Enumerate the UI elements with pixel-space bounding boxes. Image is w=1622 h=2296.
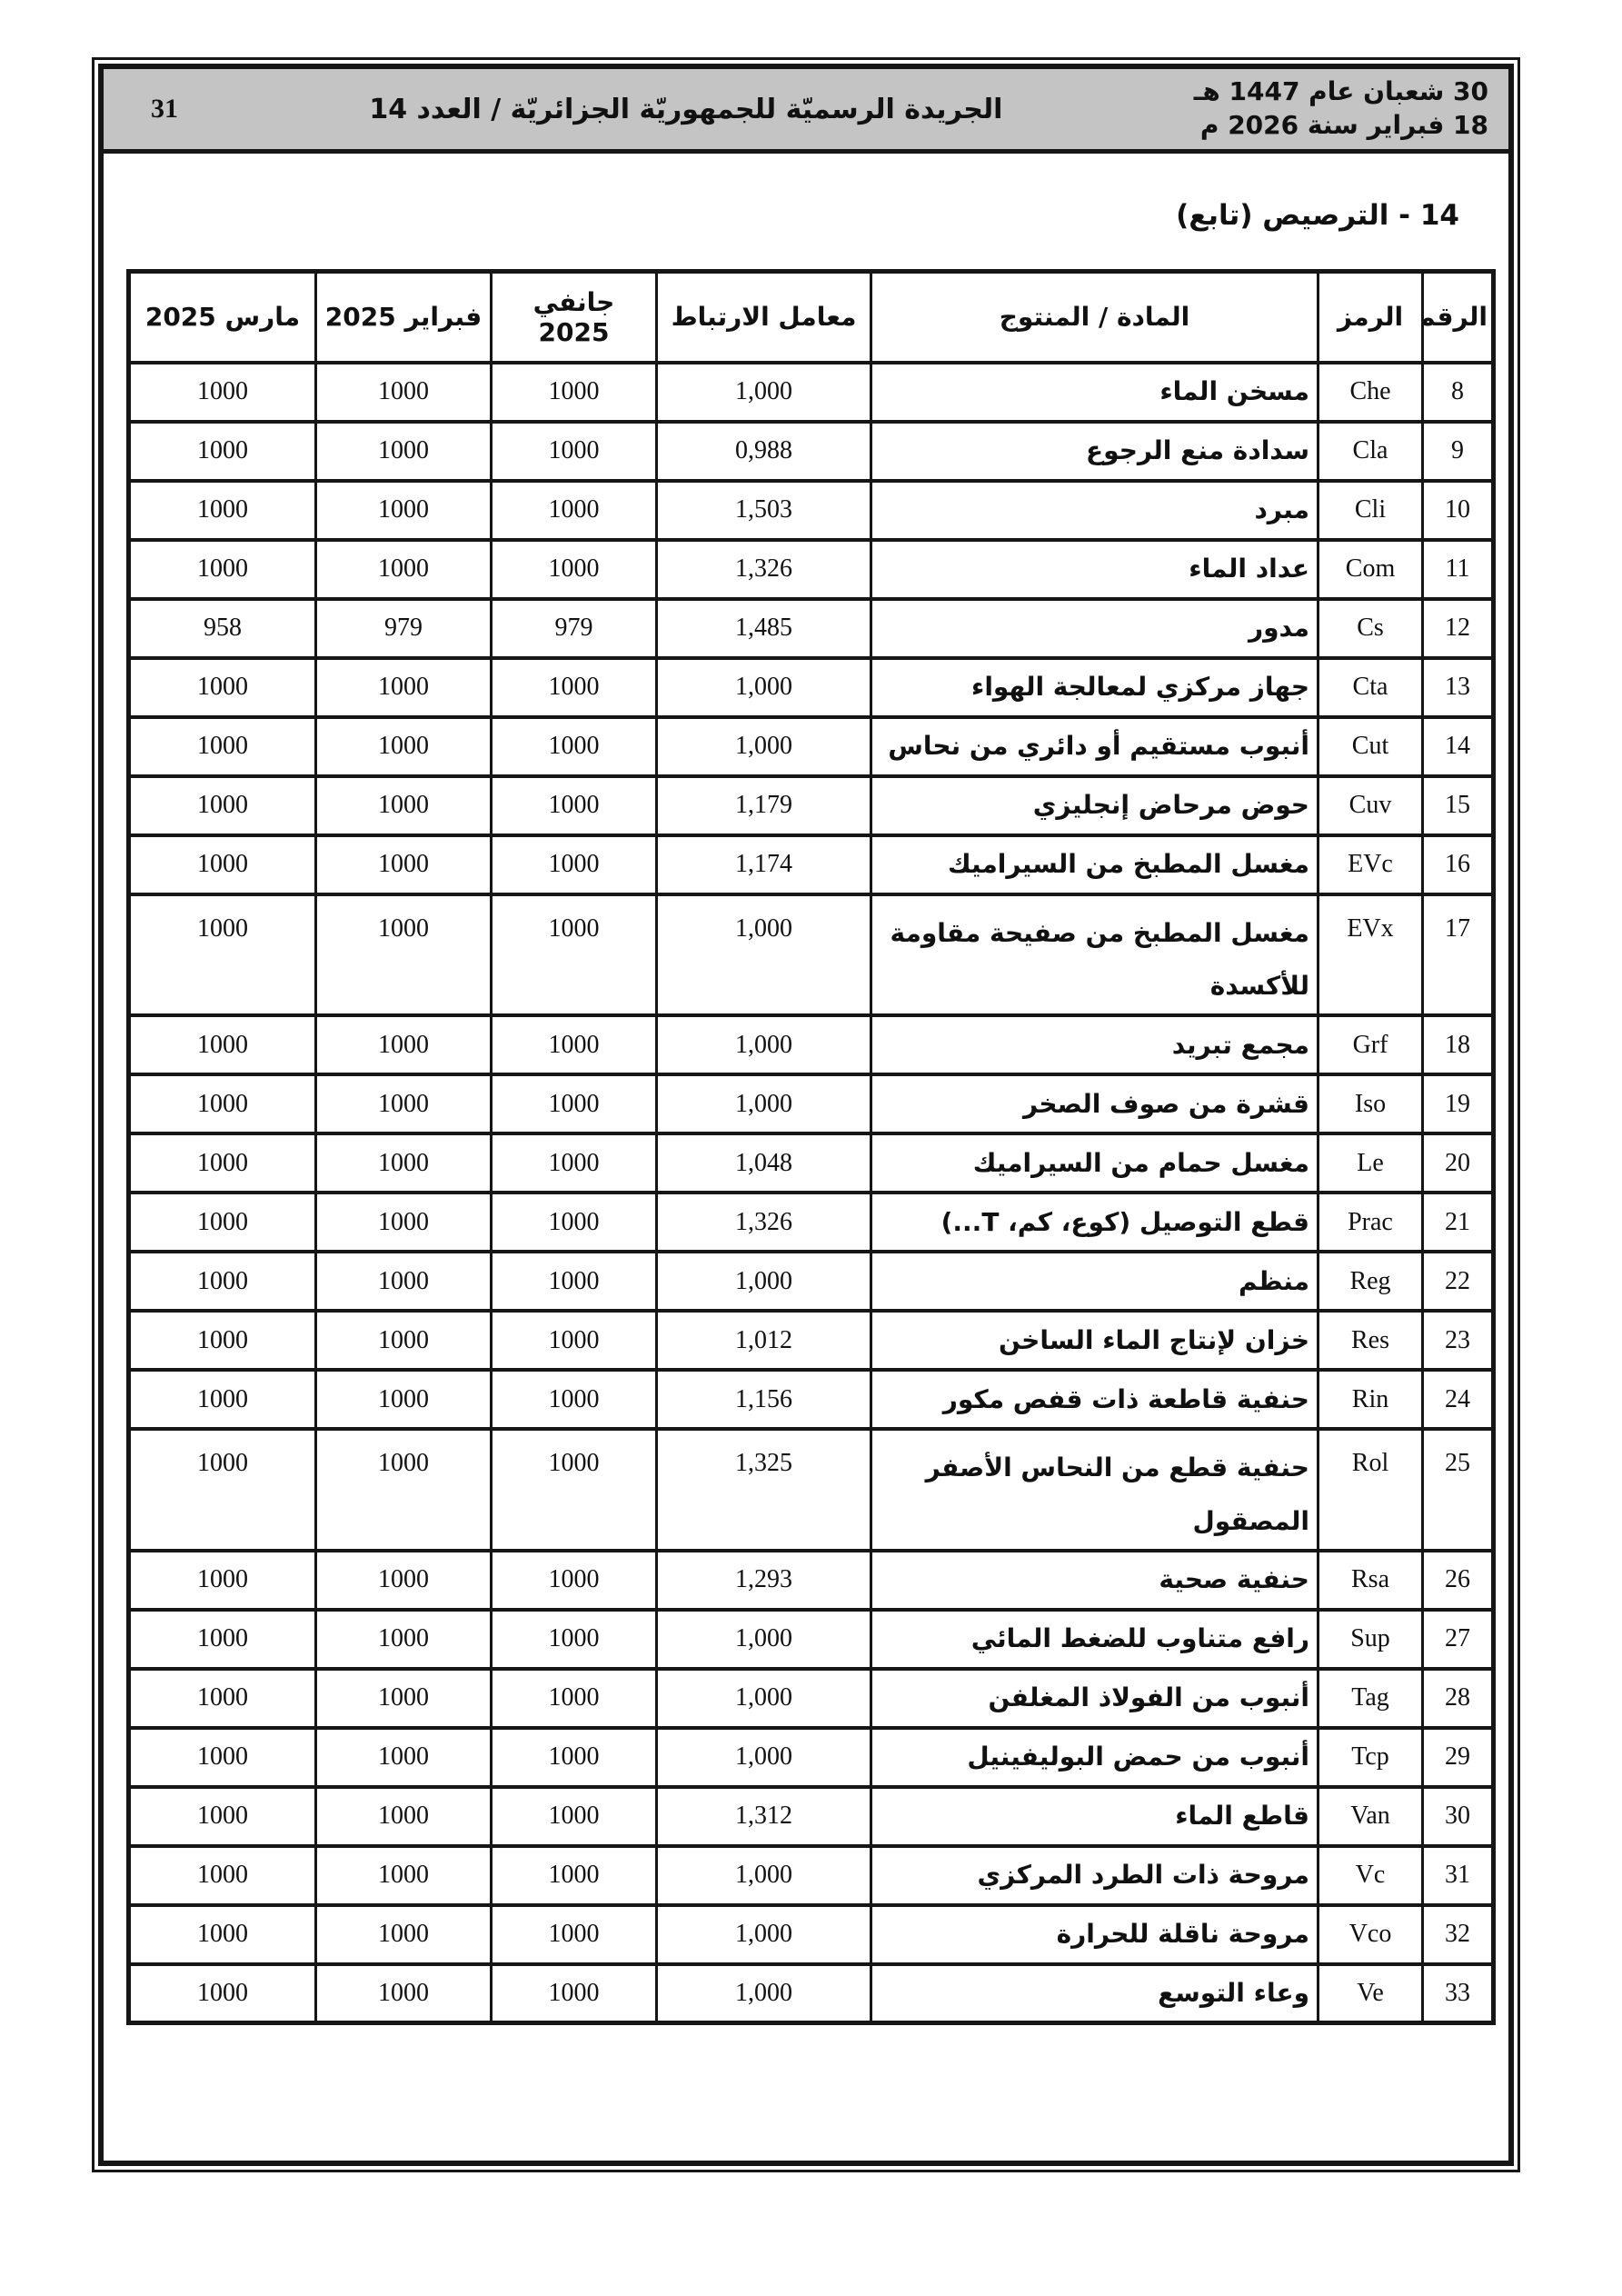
cell-code: Grf bbox=[1318, 1015, 1423, 1074]
cell-jan-2025: 1000 bbox=[492, 1964, 657, 2023]
cell-code: Reg bbox=[1318, 1252, 1423, 1311]
cell-feb-2025: 1000 bbox=[316, 1429, 492, 1551]
cell-mar-2025: 1000 bbox=[129, 1193, 316, 1252]
table-row: 19Isoقشرة من صوف الصخر1,000100010001000 bbox=[129, 1074, 1494, 1133]
cell-feb-2025: 1000 bbox=[316, 1193, 492, 1252]
table-row: 11Comعداد الماء1,326100010001000 bbox=[129, 540, 1494, 599]
cell-product: خزان لإنتاج الماء الساخن bbox=[871, 1311, 1318, 1370]
cell-mar-2025: 1000 bbox=[129, 1074, 316, 1133]
cell-coefficient: 0,988 bbox=[657, 422, 871, 481]
column-header-4: جانفي 2025 bbox=[492, 272, 657, 363]
cell-code: Cs bbox=[1318, 599, 1423, 658]
cell-coefficient: 1,000 bbox=[657, 363, 871, 422]
cell-jan-2025: 1000 bbox=[492, 1015, 657, 1074]
cell-coefficient: 1,325 bbox=[657, 1429, 871, 1551]
section-title: 14 - الترصيص (تابع) bbox=[104, 195, 1508, 236]
price-coefficients-table: الرقمالرمزالمادة / المنتوجمعامل الارتباط… bbox=[126, 269, 1496, 2025]
cell-product: مجمع تبريد bbox=[871, 1015, 1318, 1074]
cell-coefficient: 1,000 bbox=[657, 1015, 871, 1074]
cell-feb-2025: 1000 bbox=[316, 1252, 492, 1311]
table-body: 8Cheمسخن الماء1,0001000100010009Claسدادة… bbox=[129, 363, 1494, 2023]
table-row: 8Cheمسخن الماء1,000100010001000 bbox=[129, 363, 1494, 422]
table-header-row: الرقمالرمزالمادة / المنتوجمعامل الارتباط… bbox=[129, 272, 1494, 363]
cell-product: مغسل حمام من السيراميك bbox=[871, 1133, 1318, 1193]
cell-mar-2025: 1000 bbox=[129, 1846, 316, 1905]
cell-feb-2025: 1000 bbox=[316, 422, 492, 481]
cell-coefficient: 1,000 bbox=[657, 1669, 871, 1728]
cell-feb-2025: 1000 bbox=[316, 1311, 492, 1370]
cell-number: 11 bbox=[1423, 540, 1494, 599]
page-number: 31 bbox=[104, 94, 178, 125]
cell-mar-2025: 1000 bbox=[129, 422, 316, 481]
cell-product: قشرة من صوف الصخر bbox=[871, 1074, 1318, 1133]
table-row: 32Vcoمروحة ناقلة للحرارة1,00010001000100… bbox=[129, 1905, 1494, 1964]
cell-code: Res bbox=[1318, 1311, 1423, 1370]
cell-number: 8 bbox=[1423, 363, 1494, 422]
cell-mar-2025: 1000 bbox=[129, 1429, 316, 1551]
cell-product: مغسل المطبخ من السيراميك bbox=[871, 835, 1318, 894]
page-border-outer: 30 شعبان عام 1447 هـ 18 فبراير سنة 2026 … bbox=[92, 57, 1520, 2172]
table-row: 15Cuvحوض مرحاض إنجليزي1,179100010001000 bbox=[129, 776, 1494, 835]
cell-product: قاطع الماء bbox=[871, 1787, 1318, 1846]
cell-number: 10 bbox=[1423, 481, 1494, 540]
cell-number: 14 bbox=[1423, 717, 1494, 776]
cell-mar-2025: 1000 bbox=[129, 1370, 316, 1429]
table-row: 9Claسدادة منع الرجوع0,988100010001000 bbox=[129, 422, 1494, 481]
table-row: 33Veوعاء التوسع1,000100010001000 bbox=[129, 1964, 1494, 2023]
cell-jan-2025: 1000 bbox=[492, 1370, 657, 1429]
cell-code: Rol bbox=[1318, 1429, 1423, 1551]
cell-jan-2025: 1000 bbox=[492, 363, 657, 422]
cell-feb-2025: 1000 bbox=[316, 776, 492, 835]
table-row: 22Regمنظم1,000100010001000 bbox=[129, 1252, 1494, 1311]
cell-product: رافع متناوب للضغط المائي bbox=[871, 1610, 1318, 1669]
column-header-2: المادة / المنتوج bbox=[871, 272, 1318, 363]
cell-jan-2025: 1000 bbox=[492, 835, 657, 894]
cell-code: Rin bbox=[1318, 1370, 1423, 1429]
cell-coefficient: 1,485 bbox=[657, 599, 871, 658]
cell-code: Iso bbox=[1318, 1074, 1423, 1133]
cell-code: Cut bbox=[1318, 717, 1423, 776]
table-row: 26Rsaحنفية صحية1,293100010001000 bbox=[129, 1551, 1494, 1610]
cell-product: قطع التوصيل (كوع، كم، T...) bbox=[871, 1193, 1318, 1252]
cell-jan-2025: 979 bbox=[492, 599, 657, 658]
cell-product: وعاء التوسع bbox=[871, 1964, 1318, 2023]
cell-number: 22 bbox=[1423, 1252, 1494, 1311]
cell-code: Sup bbox=[1318, 1610, 1423, 1669]
table-row: 30Vanقاطع الماء1,312100010001000 bbox=[129, 1787, 1494, 1846]
cell-coefficient: 1,000 bbox=[657, 1074, 871, 1133]
cell-feb-2025: 1000 bbox=[316, 1669, 492, 1728]
cell-jan-2025: 1000 bbox=[492, 1787, 657, 1846]
table-row: 29Tcpأنبوب من حمض البوليفينيل1,000100010… bbox=[129, 1728, 1494, 1787]
cell-number: 29 bbox=[1423, 1728, 1494, 1787]
cell-jan-2025: 1000 bbox=[492, 1429, 657, 1551]
cell-code: Vco bbox=[1318, 1905, 1423, 1964]
cell-feb-2025: 1000 bbox=[316, 835, 492, 894]
cell-number: 26 bbox=[1423, 1551, 1494, 1610]
cell-coefficient: 1,326 bbox=[657, 1193, 871, 1252]
cell-coefficient: 1,503 bbox=[657, 481, 871, 540]
cell-number: 16 bbox=[1423, 835, 1494, 894]
cell-feb-2025: 1000 bbox=[316, 1846, 492, 1905]
cell-jan-2025: 1000 bbox=[492, 1905, 657, 1964]
cell-mar-2025: 1000 bbox=[129, 1669, 316, 1728]
hijri-date: 30 شعبان عام 1447 هـ bbox=[1194, 75, 1488, 109]
cell-mar-2025: 1000 bbox=[129, 1311, 316, 1370]
cell-product: منظم bbox=[871, 1252, 1318, 1311]
cell-jan-2025: 1000 bbox=[492, 1193, 657, 1252]
cell-code: Cta bbox=[1318, 658, 1423, 717]
table-row: 24Rinحنفية قاطعة ذات قفص مكور1,156100010… bbox=[129, 1370, 1494, 1429]
cell-jan-2025: 1000 bbox=[492, 1074, 657, 1133]
cell-coefficient: 1,000 bbox=[657, 1728, 871, 1787]
gregorian-date: 18 فبراير سنة 2026 م bbox=[1194, 109, 1488, 143]
cell-jan-2025: 1000 bbox=[492, 658, 657, 717]
page-border-inner: 30 شعبان عام 1447 هـ 18 فبراير سنة 2026 … bbox=[98, 64, 1514, 2166]
table-row: 21Pracقطع التوصيل (كوع، كم، T...)1,32610… bbox=[129, 1193, 1494, 1252]
cell-product: مروحة ناقلة للحرارة bbox=[871, 1905, 1318, 1964]
cell-jan-2025: 1000 bbox=[492, 540, 657, 599]
cell-coefficient: 1,000 bbox=[657, 658, 871, 717]
table-row: 14Cutأنبوب مستقيم أو دائري من نحاس1,0001… bbox=[129, 717, 1494, 776]
column-header-0: الرقم bbox=[1423, 272, 1494, 363]
cell-jan-2025: 1000 bbox=[492, 1551, 657, 1610]
table-row: 16EVcمغسل المطبخ من السيراميك1,174100010… bbox=[129, 835, 1494, 894]
table-row: 23Resخزان لإنتاج الماء الساخن1,012100010… bbox=[129, 1311, 1494, 1370]
cell-feb-2025: 1000 bbox=[316, 1015, 492, 1074]
cell-mar-2025: 1000 bbox=[129, 1133, 316, 1193]
cell-code: Che bbox=[1318, 363, 1423, 422]
cell-mar-2025: 958 bbox=[129, 599, 316, 658]
issue-dates: 30 شعبان عام 1447 هـ 18 فبراير سنة 2026 … bbox=[1194, 75, 1508, 143]
cell-mar-2025: 1000 bbox=[129, 540, 316, 599]
cell-number: 28 bbox=[1423, 1669, 1494, 1728]
cell-mar-2025: 1000 bbox=[129, 1610, 316, 1669]
cell-coefficient: 1,000 bbox=[657, 894, 871, 1016]
cell-code: Com bbox=[1318, 540, 1423, 599]
cell-mar-2025: 1000 bbox=[129, 776, 316, 835]
cell-number: 15 bbox=[1423, 776, 1494, 835]
cell-coefficient: 1,000 bbox=[657, 1846, 871, 1905]
cell-mar-2025: 1000 bbox=[129, 717, 316, 776]
cell-code: Le bbox=[1318, 1133, 1423, 1193]
cell-product: عداد الماء bbox=[871, 540, 1318, 599]
cell-number: 23 bbox=[1423, 1311, 1494, 1370]
cell-feb-2025: 979 bbox=[316, 599, 492, 658]
table-row: 13Ctaجهاز مركزي لمعالجة الهواء1,00010001… bbox=[129, 658, 1494, 717]
cell-mar-2025: 1000 bbox=[129, 363, 316, 422]
cell-code: Tcp bbox=[1318, 1728, 1423, 1787]
cell-code: Cli bbox=[1318, 481, 1423, 540]
cell-feb-2025: 1000 bbox=[316, 1728, 492, 1787]
cell-jan-2025: 1000 bbox=[492, 1133, 657, 1193]
cell-feb-2025: 1000 bbox=[316, 894, 492, 1016]
cell-number: 33 bbox=[1423, 1964, 1494, 2023]
cell-number: 25 bbox=[1423, 1429, 1494, 1551]
cell-number: 18 bbox=[1423, 1015, 1494, 1074]
cell-mar-2025: 1000 bbox=[129, 1964, 316, 2023]
gazette-header-bar: 30 شعبان عام 1447 هـ 18 فبراير سنة 2026 … bbox=[104, 69, 1508, 154]
cell-coefficient: 1,000 bbox=[657, 717, 871, 776]
cell-feb-2025: 1000 bbox=[316, 1787, 492, 1846]
journal-title: الجريدة الرسميّة للجمهوريّة الجزائريّة /… bbox=[178, 94, 1194, 125]
cell-mar-2025: 1000 bbox=[129, 1787, 316, 1846]
cell-jan-2025: 1000 bbox=[492, 717, 657, 776]
cell-code: EVc bbox=[1318, 835, 1423, 894]
table-row: 17EVxمغسل المطبخ من صفيحة مقاومة للأكسدة… bbox=[129, 894, 1494, 1016]
column-header-3: معامل الارتباط bbox=[657, 272, 871, 363]
cell-number: 30 bbox=[1423, 1787, 1494, 1846]
cell-feb-2025: 1000 bbox=[316, 481, 492, 540]
cell-product: مبرد bbox=[871, 481, 1318, 540]
table-row: 25Rolحنفية قطع من النحاس الأصفر المصقول1… bbox=[129, 1429, 1494, 1551]
cell-jan-2025: 1000 bbox=[492, 776, 657, 835]
cell-number: 19 bbox=[1423, 1074, 1494, 1133]
cell-product: مدور bbox=[871, 599, 1318, 658]
cell-product: سدادة منع الرجوع bbox=[871, 422, 1318, 481]
cell-coefficient: 1,326 bbox=[657, 540, 871, 599]
cell-feb-2025: 1000 bbox=[316, 658, 492, 717]
cell-product: أنبوب من حمض البوليفينيل bbox=[871, 1728, 1318, 1787]
cell-product: مغسل المطبخ من صفيحة مقاومة للأكسدة bbox=[871, 894, 1318, 1016]
cell-coefficient: 1,000 bbox=[657, 1252, 871, 1311]
cell-product: أنبوب مستقيم أو دائري من نحاس bbox=[871, 717, 1318, 776]
cell-jan-2025: 1000 bbox=[492, 1252, 657, 1311]
cell-product: أنبوب من الفولاذ المغلفن bbox=[871, 1669, 1318, 1728]
table-row: 12Csمدور1,485979979958 bbox=[129, 599, 1494, 658]
table-row: 28Tagأنبوب من الفولاذ المغلفن1,000100010… bbox=[129, 1669, 1494, 1728]
cell-code: Cuv bbox=[1318, 776, 1423, 835]
cell-jan-2025: 1000 bbox=[492, 1728, 657, 1787]
cell-feb-2025: 1000 bbox=[316, 1551, 492, 1610]
cell-code: EVx bbox=[1318, 894, 1423, 1016]
table-row: 20Leمغسل حمام من السيراميك1,048100010001… bbox=[129, 1133, 1494, 1193]
cell-product: مروحة ذات الطرد المركزي bbox=[871, 1846, 1318, 1905]
cell-code: Vc bbox=[1318, 1846, 1423, 1905]
cell-code: Cla bbox=[1318, 422, 1423, 481]
cell-mar-2025: 1000 bbox=[129, 1551, 316, 1610]
cell-feb-2025: 1000 bbox=[316, 1133, 492, 1193]
cell-code: Rsa bbox=[1318, 1551, 1423, 1610]
cell-product: حنفية قاطعة ذات قفص مكور bbox=[871, 1370, 1318, 1429]
cell-number: 17 bbox=[1423, 894, 1494, 1016]
column-header-1: الرمز bbox=[1318, 272, 1423, 363]
cell-number: 27 bbox=[1423, 1610, 1494, 1669]
cell-feb-2025: 1000 bbox=[316, 1905, 492, 1964]
cell-number: 12 bbox=[1423, 599, 1494, 658]
cell-product: حوض مرحاض إنجليزي bbox=[871, 776, 1318, 835]
cell-jan-2025: 1000 bbox=[492, 1846, 657, 1905]
column-header-6: مارس 2025 bbox=[129, 272, 316, 363]
table-row: 10Cliمبرد1,503100010001000 bbox=[129, 481, 1494, 540]
column-header-5: فبراير 2025 bbox=[316, 272, 492, 363]
cell-feb-2025: 1000 bbox=[316, 363, 492, 422]
gazette-page: { "page": { "number": "31" }, "header": … bbox=[0, 0, 1622, 2296]
cell-mar-2025: 1000 bbox=[129, 1728, 316, 1787]
cell-mar-2025: 1000 bbox=[129, 1905, 316, 1964]
cell-product: حنفية قطع من النحاس الأصفر المصقول bbox=[871, 1429, 1318, 1551]
cell-jan-2025: 1000 bbox=[492, 481, 657, 540]
cell-mar-2025: 1000 bbox=[129, 658, 316, 717]
table-row: 31Vcمروحة ذات الطرد المركزي1,00010001000… bbox=[129, 1846, 1494, 1905]
cell-feb-2025: 1000 bbox=[316, 540, 492, 599]
cell-coefficient: 1,000 bbox=[657, 1964, 871, 2023]
cell-product: حنفية صحية bbox=[871, 1551, 1318, 1610]
cell-number: 9 bbox=[1423, 422, 1494, 481]
cell-coefficient: 1,012 bbox=[657, 1311, 871, 1370]
cell-jan-2025: 1000 bbox=[492, 1610, 657, 1669]
cell-mar-2025: 1000 bbox=[129, 1015, 316, 1074]
cell-feb-2025: 1000 bbox=[316, 1074, 492, 1133]
cell-code: Ve bbox=[1318, 1964, 1423, 2023]
cell-number: 13 bbox=[1423, 658, 1494, 717]
cell-mar-2025: 1000 bbox=[129, 894, 316, 1016]
cell-feb-2025: 1000 bbox=[316, 1964, 492, 2023]
table-header: الرقمالرمزالمادة / المنتوجمعامل الارتباط… bbox=[129, 272, 1494, 363]
cell-number: 24 bbox=[1423, 1370, 1494, 1429]
cell-number: 20 bbox=[1423, 1133, 1494, 1193]
cell-number: 32 bbox=[1423, 1905, 1494, 1964]
cell-mar-2025: 1000 bbox=[129, 1252, 316, 1311]
cell-jan-2025: 1000 bbox=[492, 894, 657, 1016]
cell-coefficient: 1,000 bbox=[657, 1905, 871, 1964]
cell-coefficient: 1,048 bbox=[657, 1133, 871, 1193]
cell-mar-2025: 1000 bbox=[129, 835, 316, 894]
cell-code: Prac bbox=[1318, 1193, 1423, 1252]
cell-jan-2025: 1000 bbox=[492, 1311, 657, 1370]
cell-number: 21 bbox=[1423, 1193, 1494, 1252]
cell-coefficient: 1,000 bbox=[657, 1610, 871, 1669]
cell-product: مسخن الماء bbox=[871, 363, 1318, 422]
cell-mar-2025: 1000 bbox=[129, 481, 316, 540]
cell-jan-2025: 1000 bbox=[492, 422, 657, 481]
cell-code: Van bbox=[1318, 1787, 1423, 1846]
cell-number: 31 bbox=[1423, 1846, 1494, 1905]
cell-coefficient: 1,179 bbox=[657, 776, 871, 835]
cell-feb-2025: 1000 bbox=[316, 1370, 492, 1429]
cell-jan-2025: 1000 bbox=[492, 1669, 657, 1728]
table-row: 18Grfمجمع تبريد1,000100010001000 bbox=[129, 1015, 1494, 1074]
cell-product: جهاز مركزي لمعالجة الهواء bbox=[871, 658, 1318, 717]
cell-coefficient: 1,293 bbox=[657, 1551, 871, 1610]
cell-feb-2025: 1000 bbox=[316, 1610, 492, 1669]
cell-feb-2025: 1000 bbox=[316, 717, 492, 776]
table-row: 27Supرافع متناوب للضغط المائي1,000100010… bbox=[129, 1610, 1494, 1669]
cell-coefficient: 1,312 bbox=[657, 1787, 871, 1846]
cell-code: Tag bbox=[1318, 1669, 1423, 1728]
cell-coefficient: 1,174 bbox=[657, 835, 871, 894]
cell-coefficient: 1,156 bbox=[657, 1370, 871, 1429]
